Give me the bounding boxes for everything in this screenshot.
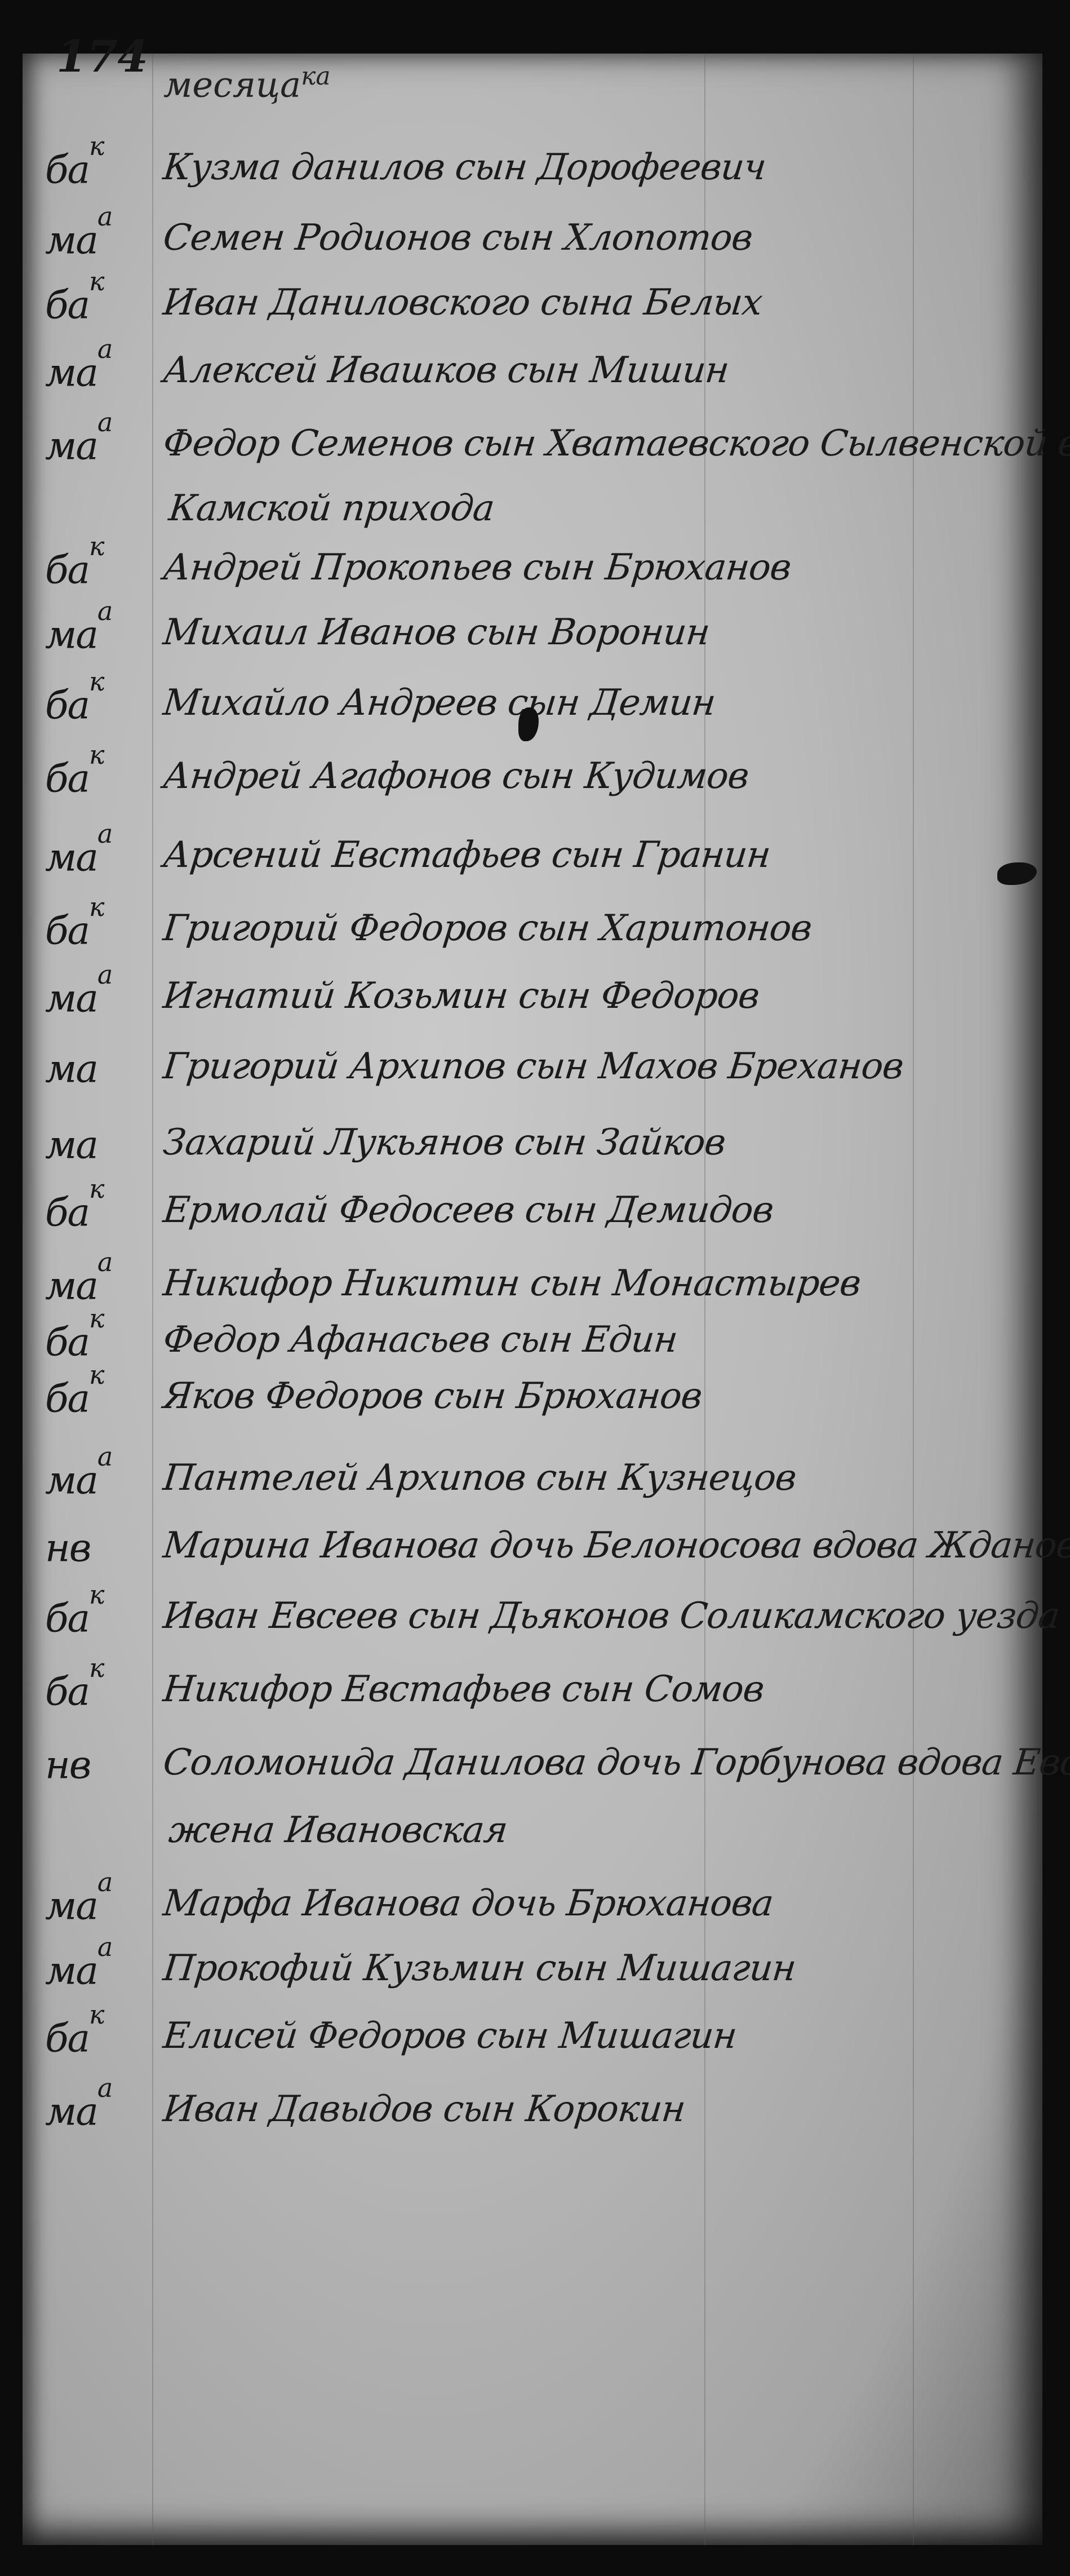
entry-text: Ермолай Федосеев сын Демидов: [161, 1189, 775, 1231]
margin-abbrev: ма: [45, 351, 97, 396]
margin-superscript: к: [89, 1579, 103, 1610]
heading-text: месяца: [163, 64, 301, 105]
list-item: бакАндрей Прокопьев сын Брюханов: [0, 535, 1070, 603]
entry-text: Яков Федоров сын Брюханов: [161, 1375, 704, 1417]
margin-abbrev: ма: [45, 977, 97, 1021]
entry-text: Иван Даниловского сына Белых: [161, 282, 764, 324]
entry-text: Арсений Евстафьев сын Гранин: [161, 834, 772, 876]
margin-superscript: к: [89, 1303, 103, 1334]
margin-superscript: к: [89, 131, 103, 161]
margin-abbrev: ма: [45, 1884, 97, 1929]
margin-annotation: бак: [45, 546, 104, 593]
entry-text: Семен Родионов сын Хлопотов: [161, 217, 754, 259]
list-item: бакГригорий Федоров сын Харитонов: [0, 896, 1070, 964]
margin-abbrev: ба: [45, 1670, 89, 1715]
margin-superscript: к: [89, 266, 103, 296]
margin-abbrev: ма: [45, 1264, 97, 1309]
margin-annotation: маа: [45, 2087, 112, 2135]
margin-annotation: бак: [45, 2014, 104, 2061]
margin-superscript: к: [89, 1653, 103, 1683]
margin-annotation: ма: [45, 1044, 97, 1092]
entry-text: Пантелей Архипов сын Кузнецов: [161, 1457, 798, 1499]
margin-abbrev: ма: [45, 2090, 97, 2135]
margin-superscript: а: [97, 1932, 112, 1962]
list-item: нвМарина Иванова дочь Белоносова вдова Ж…: [0, 1513, 1070, 1581]
margin-annotation: маа: [45, 1456, 112, 1503]
entry-text: Андрей Прокопьев сын Брюханов: [161, 547, 793, 588]
margin-annotation: бак: [45, 681, 104, 728]
list-item: мааФедор Семенов сын Хватаевского Сылвен…: [0, 411, 1070, 479]
margin-abbrev: ма: [45, 1459, 97, 1503]
entry-text: Алексей Ивашков сын Мишин: [161, 349, 731, 391]
margin-annotation: нв: [45, 1524, 90, 1571]
margin-annotation: бак: [45, 1318, 104, 1365]
margin-annotation: маа: [45, 610, 112, 658]
entry-text: Михайло Андреев сын Демин: [161, 682, 717, 724]
list-item: мааАлексей Ивашков сын Мишин: [0, 338, 1070, 406]
margin-annotation: маа: [45, 974, 112, 1021]
entry-text: Прокофий Кузьмин сын Мишагин: [161, 1948, 798, 1989]
entry-text: Федор Афанасьев сын Един: [161, 1319, 679, 1361]
entry-text: жена Ивановская: [167, 1809, 509, 1851]
list-item: Камской прихода: [0, 476, 1070, 544]
entry-text: Никифор Евстафьев сын Сомов: [161, 1668, 766, 1710]
folio-number: 174: [56, 31, 148, 82]
list-item: бакЕлисей Федоров сын Мишагин: [0, 2004, 1070, 2072]
list-item: бакИван Евсеев сын Дьяконов Соликамского…: [0, 1584, 1070, 1652]
list-item: жена Ивановская: [0, 1798, 1070, 1866]
entry-text: Кузма данилов сын Дорофеевич: [161, 147, 768, 188]
entry-text: Григорий Архипов сын Махов Бреханов: [161, 1046, 905, 1087]
list-item: бакКузма данилов сын Дорофеевич: [0, 135, 1070, 203]
margin-annotation: ма: [45, 1121, 97, 1168]
margin-abbrev: ба: [45, 1191, 89, 1236]
margin-annotation: маа: [45, 1882, 112, 1929]
margin-abbrev: ма: [45, 219, 97, 263]
entry-text: Никифор Никитин сын Монастырев: [161, 1263, 863, 1304]
list-item: нвСоломонида Данилова дочь Горбунова вдо…: [0, 1730, 1070, 1798]
margin-superscript: а: [97, 1441, 112, 1472]
margin-superscript: к: [89, 1174, 103, 1204]
entry-text: Игнатий Козьмин сын Федоров: [161, 975, 761, 1017]
entry-text: Григорий Федоров сын Харитонов: [161, 908, 814, 949]
margin-abbrev: нв: [45, 1743, 90, 1788]
margin-superscript: а: [97, 1247, 112, 1277]
margin-superscript: а: [97, 596, 112, 626]
margin-abbrev: ба: [45, 548, 89, 593]
list-item: бакНикифор Евстафьев сын Сомов: [0, 1657, 1070, 1725]
margin-superscript: к: [89, 666, 103, 697]
list-item: мааМарфа Иванова дочь Брюханова: [0, 1871, 1070, 1939]
margin-abbrev: ба: [45, 909, 89, 954]
margin-annotation: маа: [45, 1946, 112, 1994]
margin-superscript: а: [97, 334, 112, 364]
margin-annotation: маа: [45, 833, 112, 880]
margin-abbrev: ба: [45, 757, 89, 802]
list-item: мааПантелей Архипов сын Кузнецов: [0, 1446, 1070, 1513]
margin-superscript: к: [89, 531, 103, 561]
list-item: бакЯков Федоров сын Брюханов: [0, 1364, 1070, 1432]
margin-abbrev: ма: [45, 613, 97, 658]
margin-annotation: маа: [45, 1262, 112, 1309]
margin-annotation: маа: [45, 348, 112, 396]
list-item: мааАрсений Евстафьев сын Гранин: [0, 823, 1070, 891]
list-item: бакАндрей Агафонов сын Кудимов: [0, 744, 1070, 812]
list-item: бакЕрмолай Федосеев сын Демидов: [0, 1178, 1070, 1246]
entry-text: Михаил Иванов сын Воронин: [161, 612, 712, 653]
list-item: мааИван Давыдов сын Корокин: [0, 2077, 1070, 2145]
list-item: мааМихаил Иванов сын Воронин: [0, 600, 1070, 668]
entry-text: Соломонида Данилова дочь Горбунова вдова…: [161, 1742, 1070, 1783]
entry-text: Иван Давыдов сын Корокин: [161, 2088, 687, 2130]
margin-annotation: бак: [45, 1667, 104, 1715]
page-heading: месяцака: [163, 62, 331, 105]
list-item: мааСемен Родионов сын Хлопотов: [0, 206, 1070, 273]
margin-superscript: а: [97, 407, 112, 437]
entry-text: Елисей Федоров сын Мишагин: [161, 2015, 739, 2057]
list-item: мааПрокофий Кузьмин сын Мишагин: [0, 1936, 1070, 2004]
margin-abbrev: ба: [45, 684, 89, 728]
margin-abbrev: нв: [45, 1526, 90, 1571]
margin-abbrev: ба: [45, 2017, 89, 2061]
margin-annotation: бак: [45, 1594, 104, 1641]
margin-abbrev: ма: [45, 836, 97, 880]
margin-annotation: нв: [45, 1741, 90, 1788]
margin-annotation: бак: [45, 281, 104, 328]
entry-text: Андрей Агафонов сын Кудимов: [161, 755, 751, 797]
margin-annotation: бак: [45, 145, 104, 193]
margin-superscript: а: [97, 201, 112, 232]
margin-annotation: бак: [45, 906, 104, 954]
margin-abbrev: ба: [45, 1597, 89, 1641]
margin-superscript: к: [89, 1360, 103, 1390]
margin-abbrev: ба: [45, 1321, 89, 1365]
entry-text: Марина Иванова дочь Белоносова вдова Жда…: [161, 1525, 1070, 1566]
list-item: мааИгнатий Козьмин сын Федоров: [0, 964, 1070, 1032]
margin-abbrev: ма: [45, 1123, 97, 1168]
entry-text: Марфа Иванова дочь Брюханова: [161, 1883, 775, 1924]
margin-abbrev: ма: [45, 1949, 97, 1994]
margin-superscript: а: [97, 1867, 112, 1897]
margin-superscript: а: [97, 2073, 112, 2103]
entry-text: Иван Евсеев сын Дьяконов Соликамского уе…: [161, 1595, 1062, 1637]
margin-abbrev: ба: [45, 1377, 89, 1422]
margin-superscript: а: [97, 818, 112, 849]
margin-abbrev: ба: [45, 284, 89, 328]
list-item: маЗахарий Лукьянов сын Зайков: [0, 1110, 1070, 1178]
list-item: маГригорий Архипов сын Махов Бреханов: [0, 1034, 1070, 1102]
margin-abbrev: ма: [45, 1047, 97, 1092]
margin-abbrev: ма: [45, 424, 97, 469]
margin-superscript: к: [89, 740, 103, 770]
entry-text: Камской прихода: [167, 488, 496, 529]
margin-abbrev: ба: [45, 148, 89, 193]
margin-annotation: бак: [45, 754, 104, 802]
margin-superscript: к: [89, 1999, 103, 2030]
margin-annotation: маа: [45, 422, 112, 469]
margin-annotation: бак: [45, 1374, 104, 1422]
list-item: бакИван Даниловского сына Белых: [0, 271, 1070, 338]
margin-annotation: бак: [45, 1188, 104, 1236]
entry-text: Захарий Лукьянов сын Зайков: [161, 1122, 727, 1163]
margin-superscript: а: [97, 959, 112, 990]
heading-superscript: ка: [301, 62, 331, 91]
entry-text: Федор Семенов сын Хватаевского Сылвенско…: [161, 423, 1070, 464]
margin-superscript: к: [89, 892, 103, 922]
margin-annotation: маа: [45, 216, 112, 263]
